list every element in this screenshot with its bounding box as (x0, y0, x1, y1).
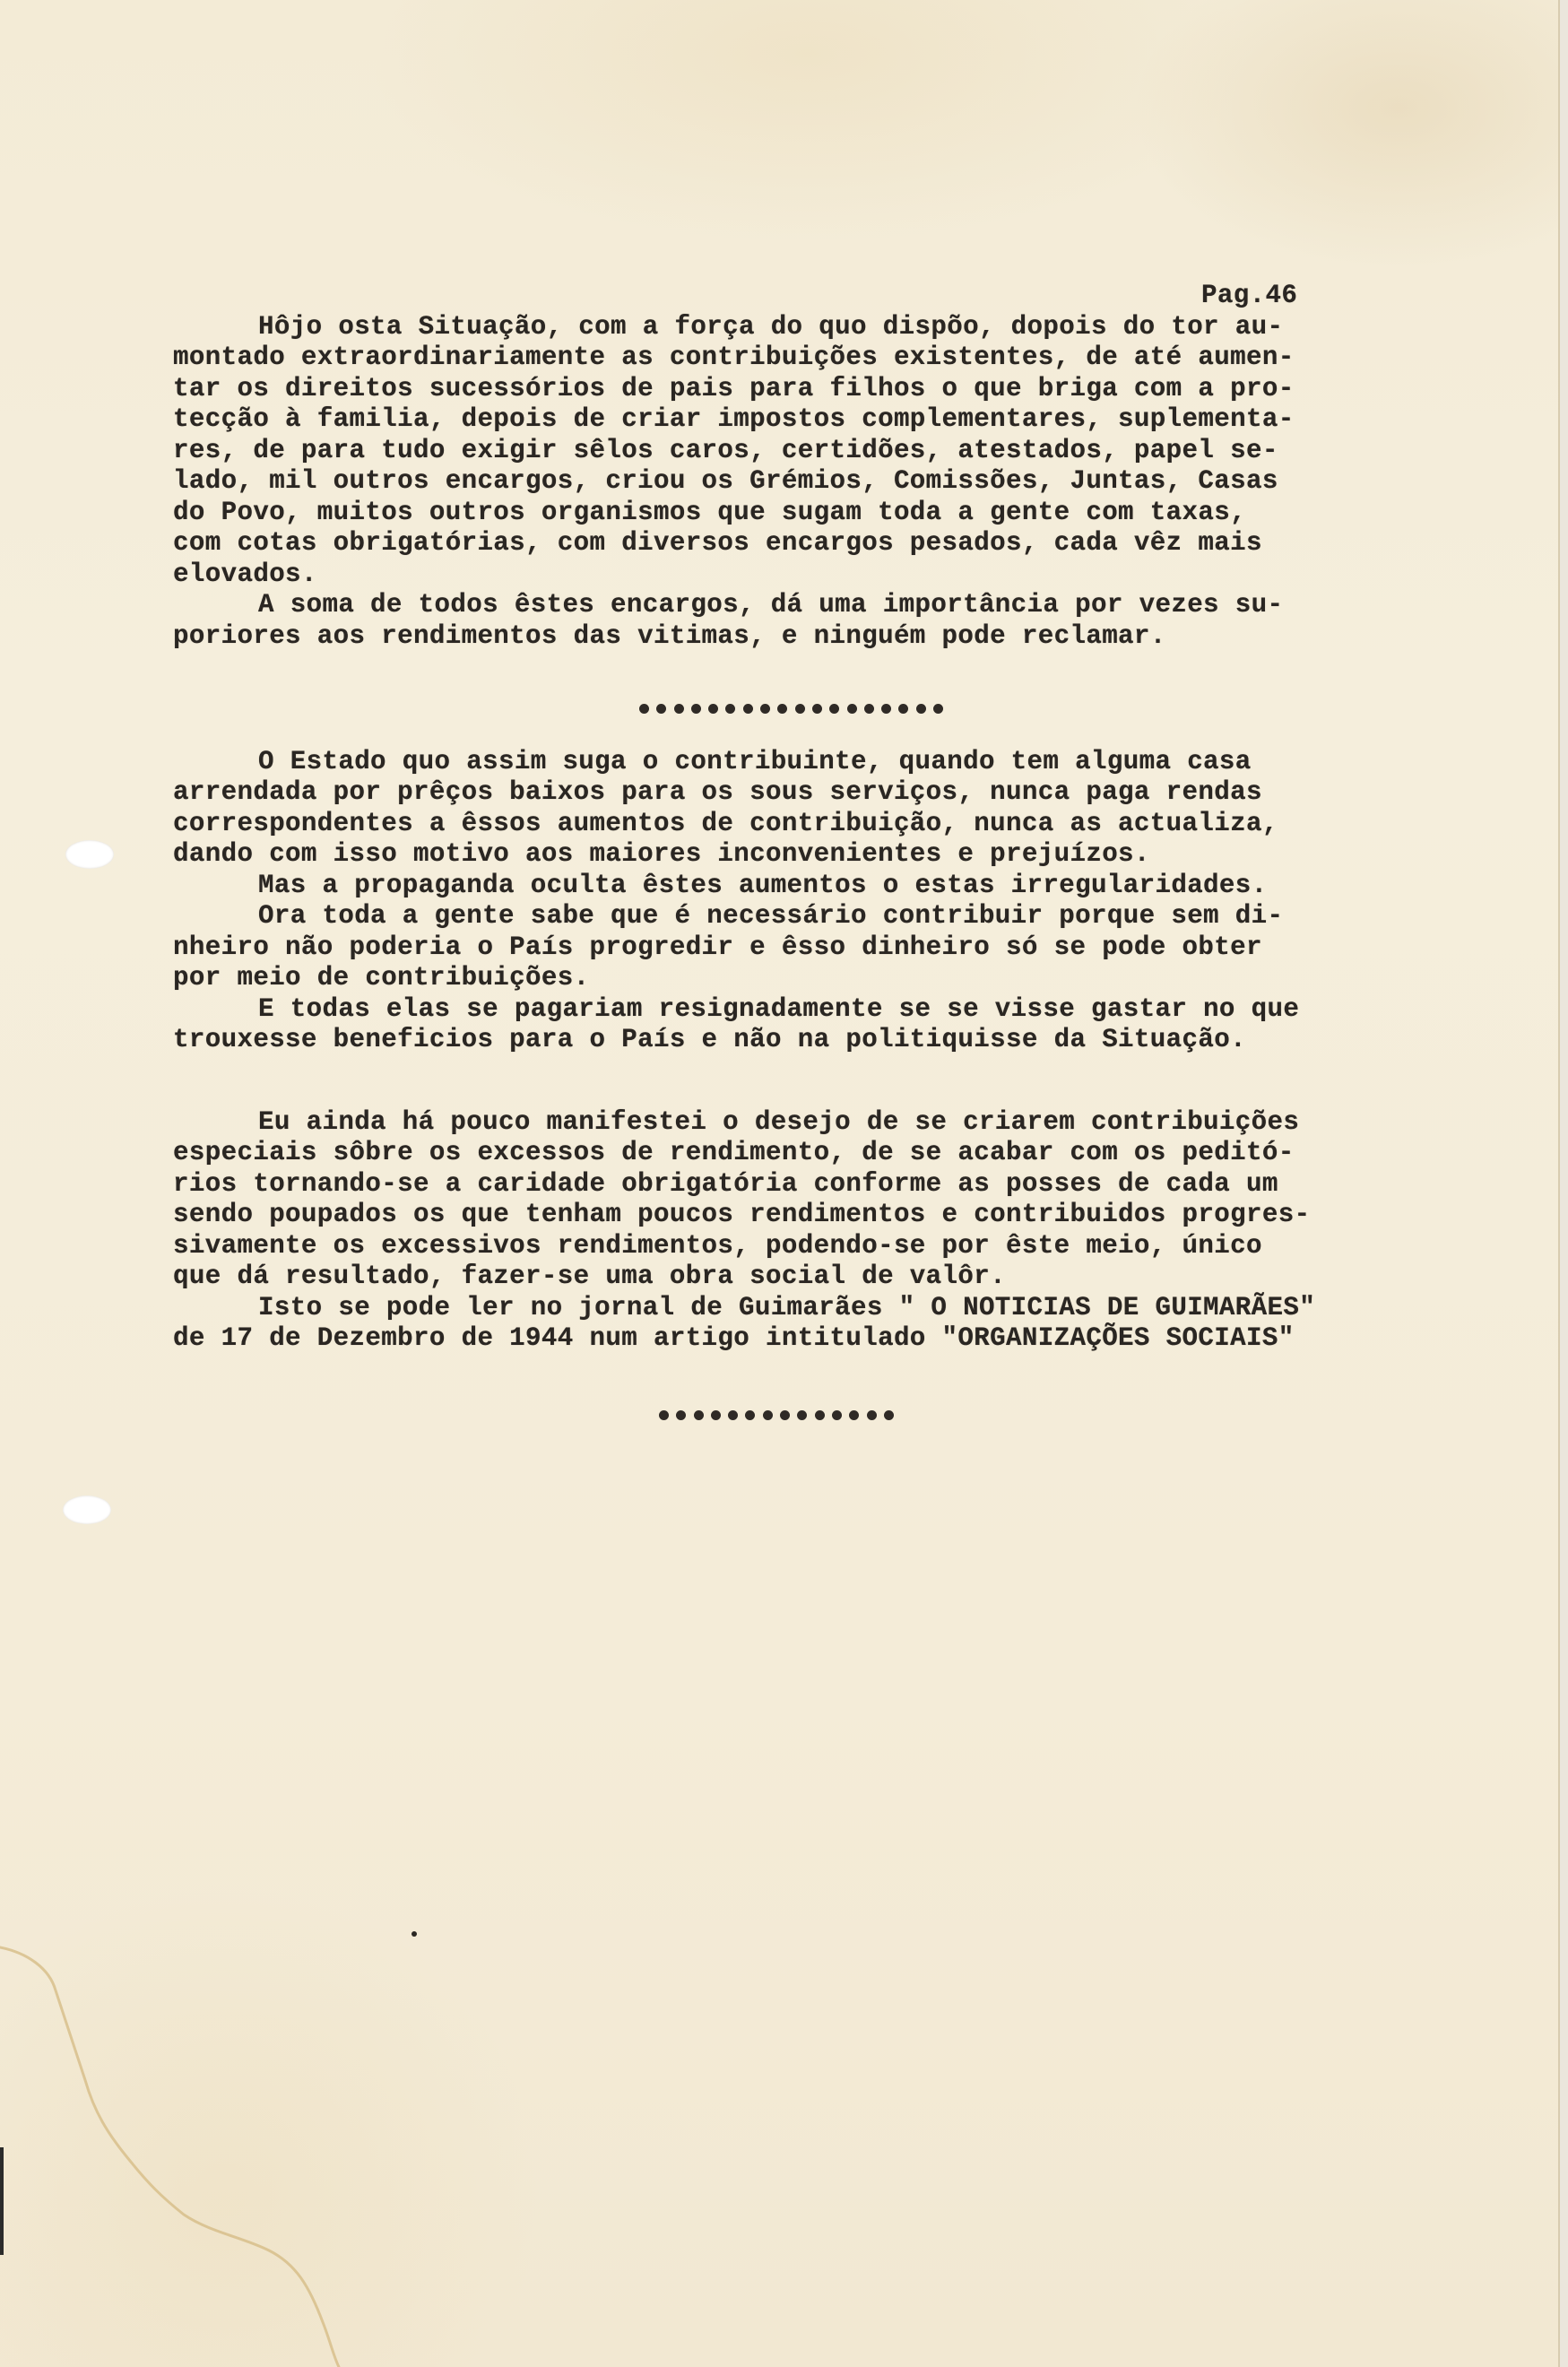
text-line: arrendada por prêços baixos para os sous… (173, 777, 1262, 808)
punch-hole-bottom (63, 1496, 111, 1524)
text-line: tecção à familia, depois de criar impost… (173, 404, 1295, 435)
dotted-separator (659, 1409, 901, 1420)
text-line: com cotas obrigatórias, com diversos enc… (173, 528, 1262, 559)
text-line: nheiro não poderia o País progredir e ês… (173, 932, 1262, 963)
text-line: que dá resultado, fazer-se uma obra soci… (173, 1262, 1006, 1292)
binding-mark (0, 2147, 4, 2255)
text-line: dando com isso motivo aos maiores inconv… (173, 839, 1150, 870)
text-line: rios tornando-se a caridade obrigatória … (173, 1169, 1278, 1200)
text-line: lado, mil outros encargos, criou os Grém… (173, 466, 1278, 497)
text-line: res, de para tudo exigir sêlos caros, ce… (173, 436, 1278, 466)
punch-hole-top (65, 840, 114, 869)
text-line: E todas elas se pagariam resignadamente … (258, 994, 1299, 1025)
text-line: do Povo, muitos outros organismos que su… (173, 498, 1246, 528)
text-line: sivamente os excessivos rendimentos, pod… (173, 1231, 1262, 1262)
text-line: Isto se pode ler no jornal de Guimarães … (258, 1293, 1315, 1323)
text-line: de 17 de Dezembro de 1944 num artigo int… (173, 1323, 1295, 1354)
text-line: trouxesse beneficios para o País e não n… (173, 1025, 1246, 1055)
water-stain (0, 1928, 628, 2367)
text-line: Eu ainda há pouco manifestei o desejo de… (258, 1107, 1299, 1138)
text-line: Hôjo osta Situação, com a força do quo d… (258, 312, 1283, 342)
text-line: A soma de todos êstes encargos, dá uma i… (258, 590, 1283, 620)
text-line: poriores aos rendimentos das vitimas, e … (173, 621, 1166, 652)
text-line: especiais sôbre os excessos de rendiment… (173, 1138, 1295, 1168)
document-page: Pag.46 Hôjo osta Situação, com a força d… (0, 0, 1560, 2367)
text-line: elovados. (173, 559, 317, 590)
text-line: correspondentes a êssos aumentos de cont… (173, 809, 1278, 839)
text-line: O Estado quo assim suga o contribuinte, … (258, 747, 1252, 777)
page-number: Pag.46 (1201, 281, 1297, 311)
text-line: montado extraordinariamente as contribui… (173, 342, 1295, 373)
dotted-separator (639, 703, 950, 714)
text-line: sendo poupados os que tenham poucos rend… (173, 1200, 1310, 1230)
text-line: por meio de contribuições. (173, 963, 590, 993)
text-line: Ora toda a gente sabe que é necessário c… (258, 901, 1283, 932)
text-line: tar os direitos sucessórios de pais para… (173, 374, 1295, 404)
text-line: Mas a propaganda oculta êstes aumentos o… (258, 871, 1268, 901)
